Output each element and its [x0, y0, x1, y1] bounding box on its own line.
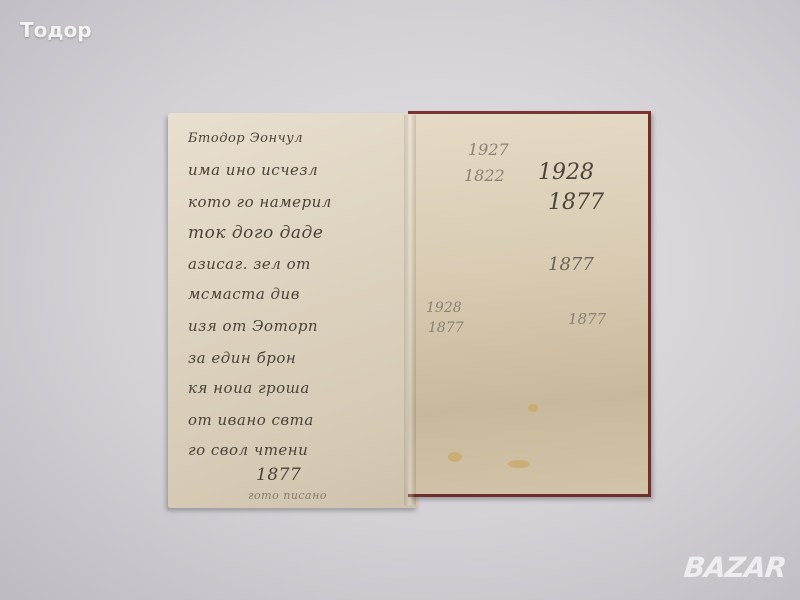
handwritten-line: мсмаста див [188, 285, 300, 303]
handwritten-line: гото писано [248, 489, 327, 502]
stain [528, 404, 538, 412]
pencil-note: 1928 [426, 300, 462, 316]
bazar-watermark: BAZAR [683, 551, 788, 584]
pencil-note: 1928 [538, 160, 594, 185]
handwritten-line: Бтодор Эончул [188, 131, 303, 146]
pencil-note: 1877 [548, 254, 594, 275]
left-page: Бтодор Эончул има ино исчезл кото го нам… [168, 113, 418, 508]
handwritten-line: азисаг. зел от [188, 255, 311, 273]
handwritten-line: има ино исчезл [188, 161, 318, 179]
pencil-note: 1877 [428, 320, 464, 336]
handwritten-line: изя от Эоторп [188, 317, 318, 335]
stain [508, 460, 530, 468]
handwritten-line: го свол чтени [188, 441, 308, 459]
pencil-note: 1877 [568, 310, 606, 328]
pencil-note: 1822 [464, 166, 505, 185]
pencil-note: 1927 [468, 140, 509, 159]
pencil-note: 1877 [548, 190, 604, 215]
book-gutter [404, 115, 416, 505]
right-page: 1927 1822 1928 1877 1877 1928 1877 1877 [408, 111, 651, 497]
stain [448, 452, 462, 462]
handwritten-line: кото го намерил [188, 193, 332, 211]
handwritten-line: за един брон [188, 349, 296, 367]
handwritten-line: кя ноиа гроша [188, 379, 310, 397]
handwritten-line: от ивано свта [188, 411, 314, 429]
handwritten-line: ток дого даде [188, 223, 323, 243]
open-book: Бтодор Эончул има ино исчезл кото го нам… [160, 103, 660, 503]
seller-name: Тодор [20, 18, 92, 42]
handwritten-year: 1877 [256, 465, 301, 485]
